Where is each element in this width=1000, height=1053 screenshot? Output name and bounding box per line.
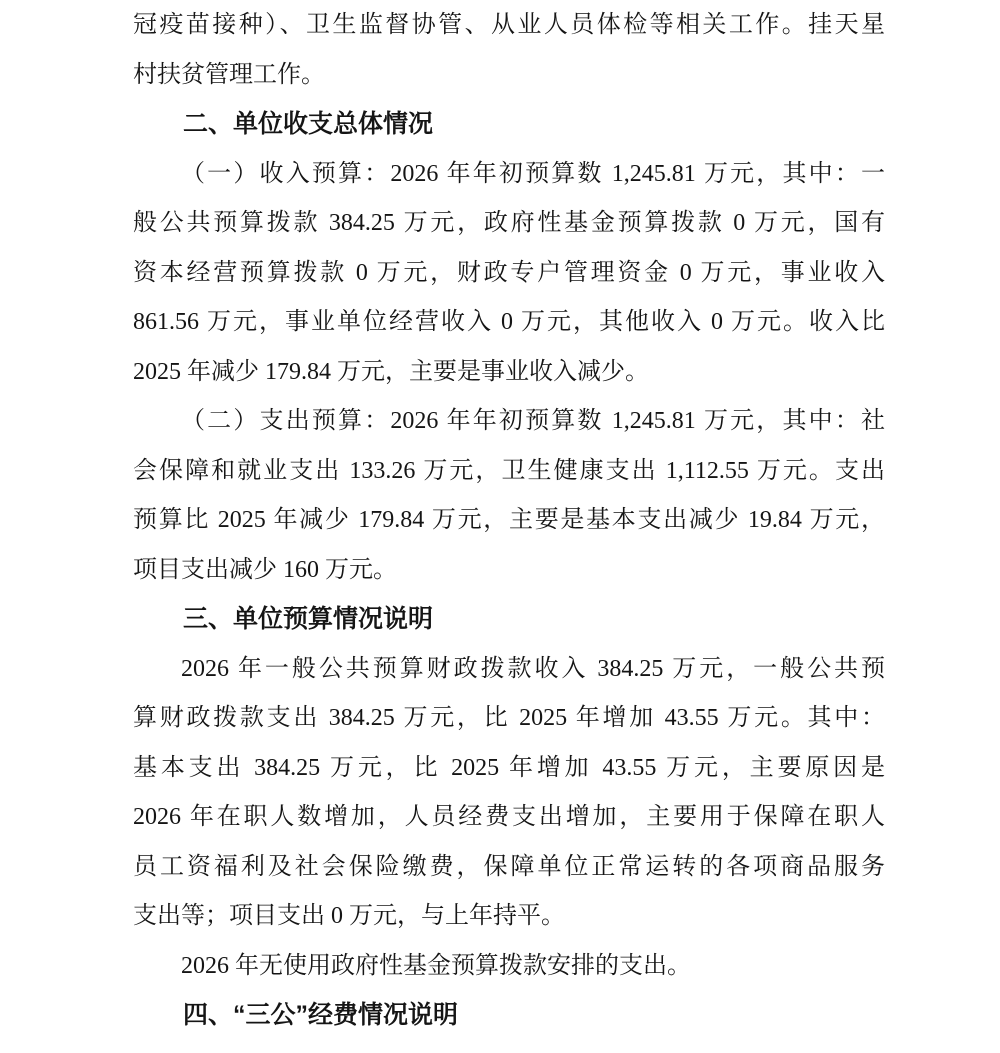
para-end-line: 村扶贫管理工作。: [133, 51, 885, 101]
para-end-line: 2025 年减少 179.84 万元，主要是事业收入减少。: [133, 348, 885, 398]
para-continuation-line: 会保障和就业支出 133.26 万元，卫生健康支出 1,112.55 万元。支出: [133, 447, 885, 497]
para-continuation-line: 冠疫苗接种）、卫生监督协管、从业人员体检等相关工作。挂天星: [133, 1, 885, 51]
para-continuation-line: 般公共预算拨款 384.25 万元，政府性基金预算拨款 0 万元，国有: [133, 199, 885, 249]
para-single-line: 2026 年无使用政府性基金预算拨款安排的支出。: [133, 942, 885, 992]
para-end-line: 项目支出减少 160 万元。: [133, 546, 885, 596]
para-start-line: 2026 年一般公共预算财政拨款收入 384.25 万元，一般公共预: [133, 645, 885, 695]
budget-document-page: 冠疫苗接种）、卫生监督协管、从业人员体检等相关工作。挂天星 村扶贫管理工作。 二…: [0, 0, 1000, 1053]
para-continuation-line: 算财政拨款支出 384.25 万元，比 2025 年增加 43.55 万元。其中…: [133, 694, 885, 744]
para-continuation-line: 861.56 万元，事业单位经营收入 0 万元，其他收入 0 万元。收入比: [133, 298, 885, 348]
heading-section-3: 三、单位预算情况说明: [133, 595, 885, 645]
heading-section-2: 二、单位收支总体情况: [133, 100, 885, 150]
para-start-line: （一）收入预算：2026 年年初预算数 1,245.81 万元，其中：一: [133, 150, 885, 200]
para-continuation-line: 2026 年在职人数增加，人员经费支出增加，主要用于保障在职人: [133, 793, 885, 843]
para-end-line: 支出等；项目支出 0 万元，与上年持平。: [133, 892, 885, 942]
para-continuation-line: 预算比 2025 年减少 179.84 万元，主要是基本支出减少 19.84 万…: [133, 496, 885, 546]
heading-section-4: 四、“三公”经费情况说明: [133, 991, 885, 1041]
para-continuation-line: 资本经营预算拨款 0 万元，财政专户管理资金 0 万元，事业收入: [133, 249, 885, 299]
para-continuation-line: 基本支出 384.25 万元，比 2025 年增加 43.55 万元，主要原因是: [133, 744, 885, 794]
para-continuation-line: 员工资福利及社会保险缴费，保障单位正常运转的各项商品服务: [133, 843, 885, 893]
para-start-line: （二）支出预算：2026 年年初预算数 1,245.81 万元，其中：社: [133, 397, 885, 447]
